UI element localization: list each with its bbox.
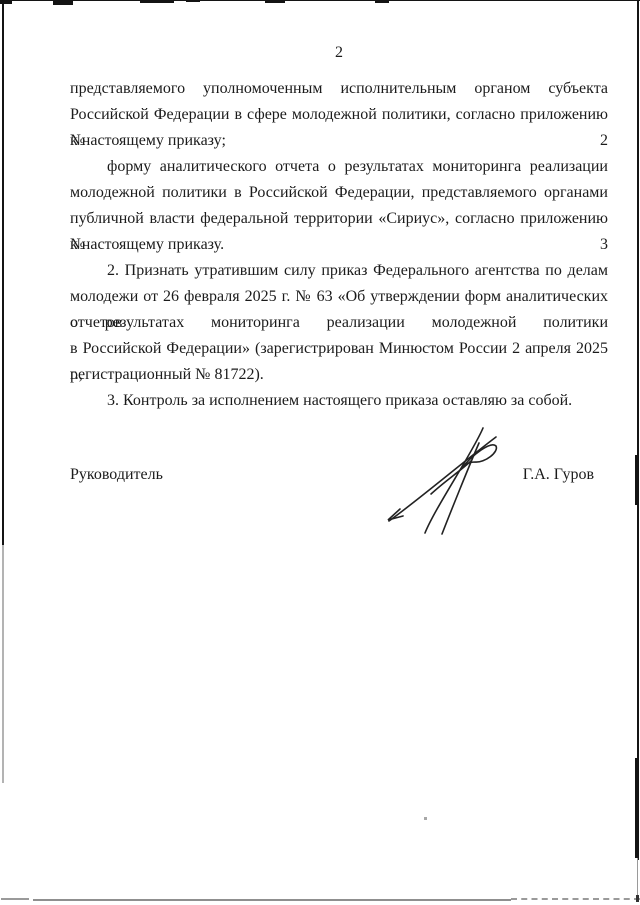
scan-mark-top [265,0,285,3]
scan-edge-bottom-dashed [511,898,640,900]
document-line: публичной власти федеральной территории … [70,206,608,232]
scan-edge-left-dark [2,0,4,545]
scan-mark-top [186,0,200,2]
document-line: 3. Контроль за исполнением настоящего пр… [70,388,608,414]
document-line: 2. Признать утратившим силу приказ Федер… [70,258,608,284]
scan-mark-top [53,0,73,5]
scan-edge-left-gray [2,545,4,783]
scan-speck [424,817,427,820]
document-body: представляемого уполномоченным исполните… [70,76,608,414]
scan-mark-right [635,455,639,505]
scan-edge-bottom [1,898,29,900]
signoff-name: Г.А. Гуров [523,466,594,484]
scan-edge-bottom [33,899,511,901]
scan-mark-top [0,0,12,4]
scan-mark-top [375,0,389,3]
signoff-row: Руководитель Г.А. Гуров [70,466,594,484]
scan-mark-right [635,758,639,858]
document-line: молодежной политики в Российской Федерац… [70,180,608,206]
document-line: регистрационный № 81722). [70,362,608,388]
document-line: Российской Федерации в сфере молодежной … [70,102,608,128]
scanned-document-page: 2 представляемого уполномоченным исполни… [0,0,640,905]
signoff-role: Руководитель [70,466,163,484]
scan-edge-right-tail [637,858,638,898]
scan-edge-right [637,0,639,860]
document-line: молодежи от 26 февраля 2025 г. № 63 «Об … [70,284,608,310]
document-line: представляемого уполномоченным исполните… [70,76,608,102]
document-line: в Российской Федерации» (зарегистрирован… [70,336,608,362]
scan-mark-top [140,0,174,3]
scan-edge-top [0,0,640,1]
document-line: о результатах мониторинга реализации мол… [70,310,608,336]
scan-mark-corner [636,895,639,902]
document-line: форму аналитического отчета о результата… [70,154,608,180]
page-number: 2 [70,44,608,62]
